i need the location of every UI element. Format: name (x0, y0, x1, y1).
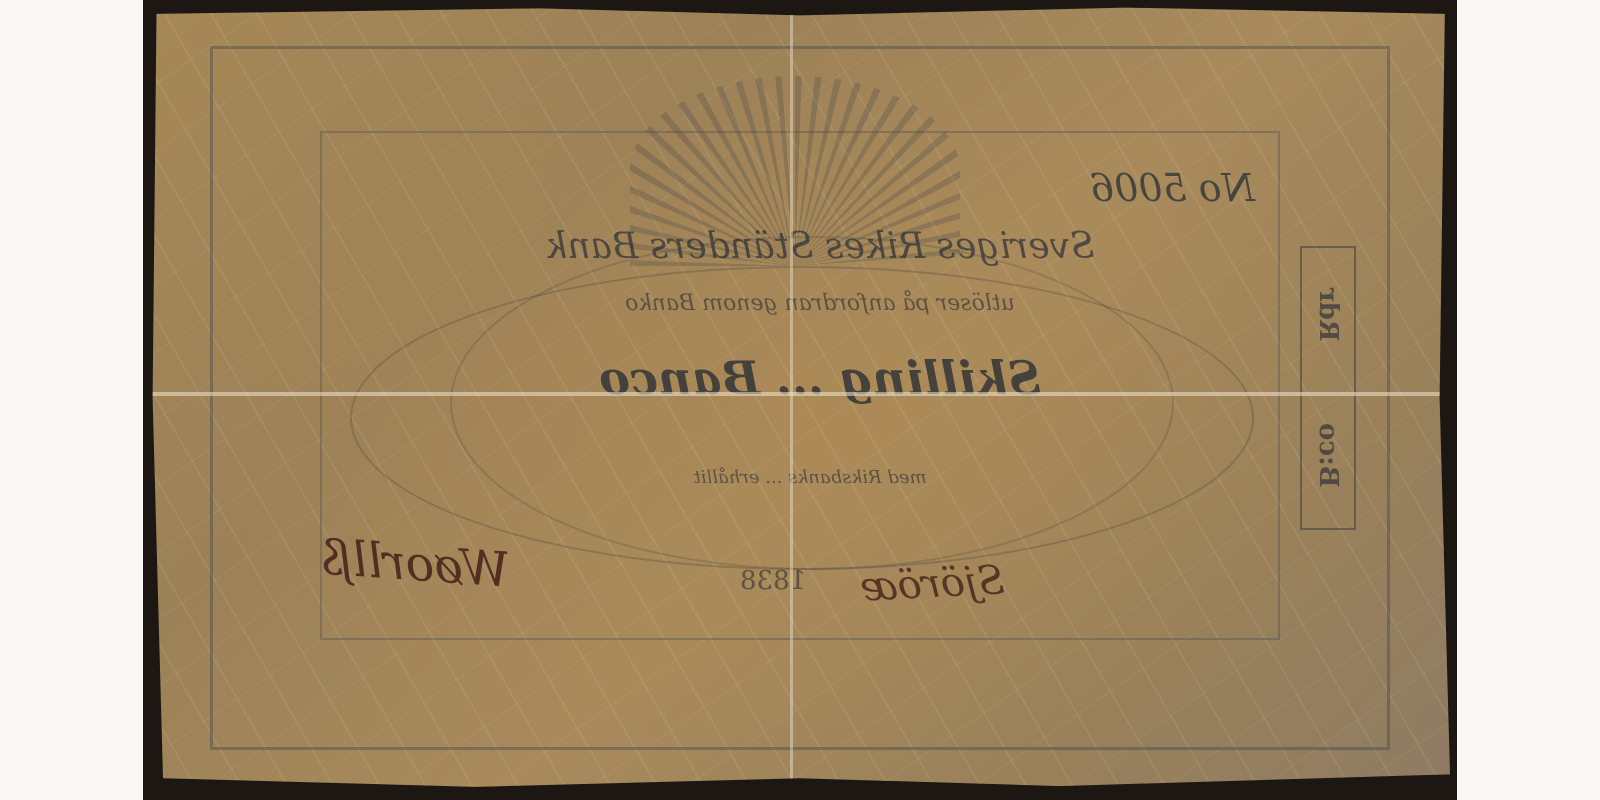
note-title: Sveriges Rikes Ständers Bank (410, 226, 1230, 267)
vertical-fold (790, 6, 793, 790)
note-subtitle: utlöser på anfordran genom Banko (450, 291, 1190, 316)
side-panel-top: Rdr (1313, 288, 1343, 342)
note-year: 1838 (740, 566, 806, 596)
side-denomination-panel: Rdr B:co (1300, 246, 1356, 530)
horizontal-fold (150, 392, 1450, 396)
banknote: No 5006 Sveriges Rikes Ständers Bank utl… (150, 6, 1450, 790)
note-lower-text: med Riksbanks ... erhållit (530, 466, 1090, 490)
serial-number: No 5006 (1090, 166, 1255, 210)
side-panel-bottom: B:co (1313, 423, 1343, 488)
signature-right: Sjöröæ (859, 557, 1006, 611)
note-value: Skilling ... Banco (390, 351, 1250, 405)
